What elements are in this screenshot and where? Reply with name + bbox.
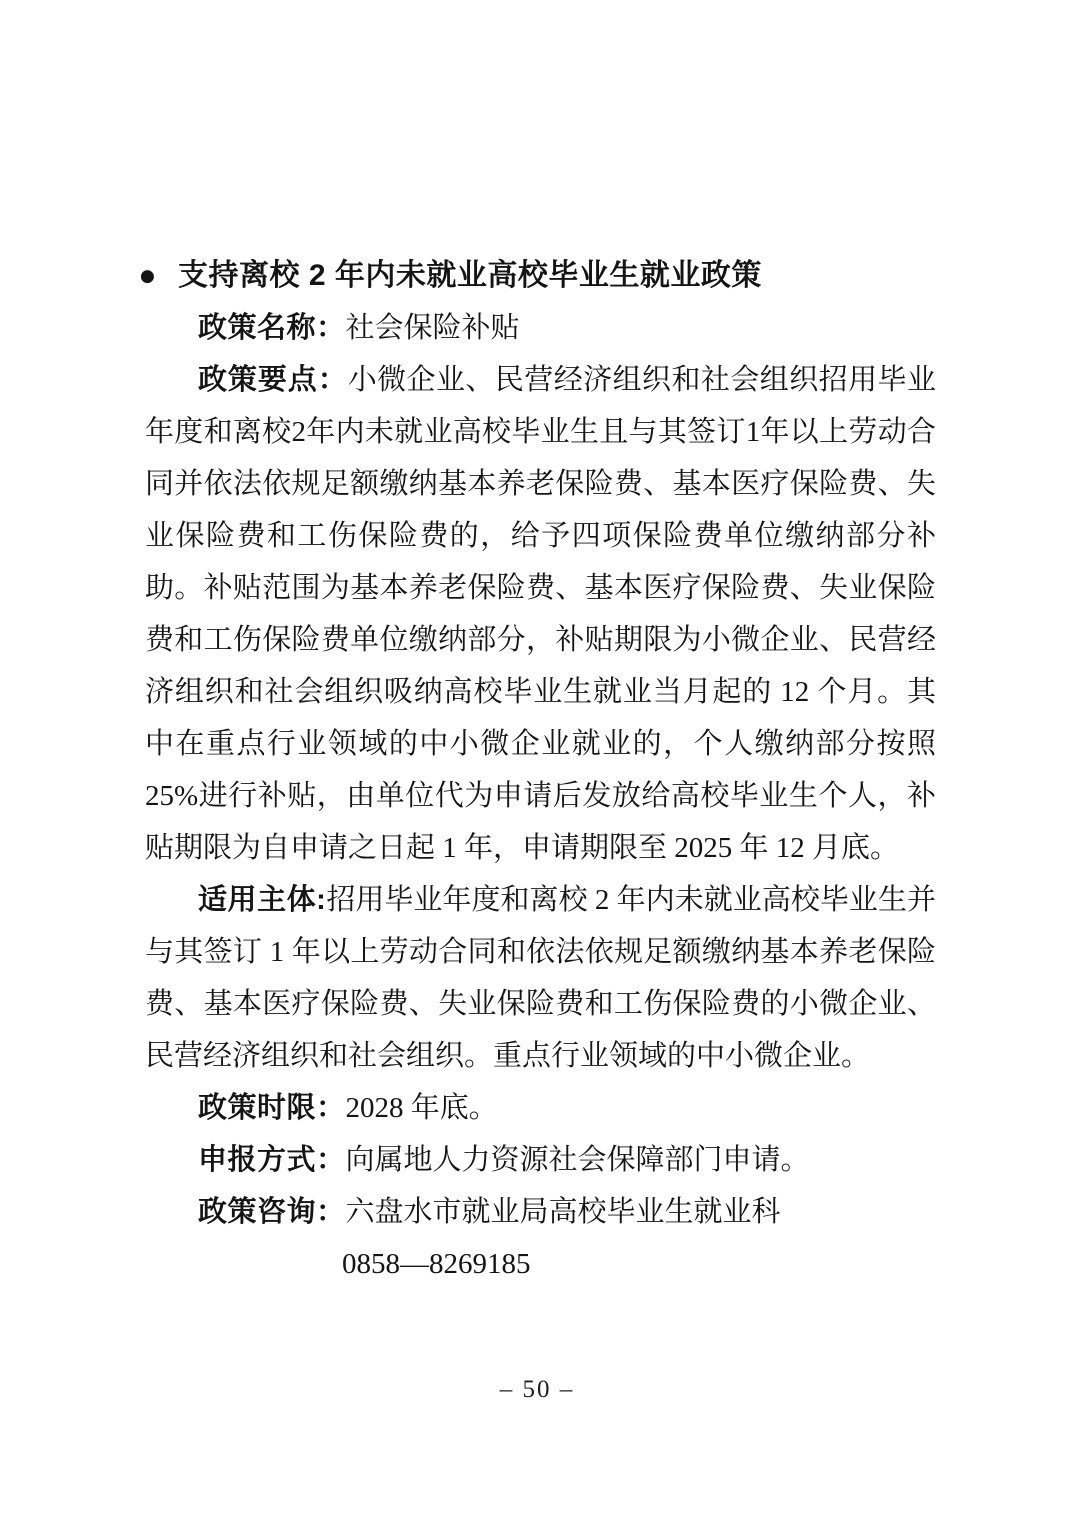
consultation-phone-number: 0858—8269185 xyxy=(145,1238,936,1290)
policy-section-heading: ● 支持离校 2 年内未就业高校毕业生就业政策 xyxy=(145,250,936,302)
bullet-icon: ● xyxy=(140,250,155,302)
policy-consultation-value: 六盘水市就业局高校毕业生就业科 xyxy=(346,1196,781,1228)
document-body: ● 支持离校 2 年内未就业高校毕业生就业政策 政策名称：社会保险补贴 政策要点… xyxy=(145,250,936,1290)
policy-consultation-line: 政策咨询：六盘水市就业局高校毕业生就业科 xyxy=(145,1186,936,1238)
page-number: – 50 – xyxy=(0,1366,1074,1414)
policy-deadline-label: 政策时限： xyxy=(198,1092,346,1124)
policy-deadline-value: 2028 年底。 xyxy=(346,1092,498,1124)
application-method-value: 向属地人力资源社会保障部门申请。 xyxy=(346,1144,810,1176)
application-method-label: 申报方式： xyxy=(198,1144,346,1176)
policy-consultation-label: 政策咨询： xyxy=(198,1196,346,1228)
applicable-entities-label: 适用主体: xyxy=(198,884,326,916)
policy-points-text: 小微企业、民营经济组织和社会组织招用毕业年度和离校2年内未就业高校毕业生且与其签… xyxy=(145,364,936,864)
policy-section-heading-text: 支持离校 2 年内未就业高校毕业生就业政策 xyxy=(178,259,762,292)
document-page: ● 支持离校 2 年内未就业高校毕业生就业政策 政策名称：社会保险补贴 政策要点… xyxy=(0,0,1074,1520)
application-method-line: 申报方式：向属地人力资源社会保障部门申请。 xyxy=(145,1134,936,1186)
policy-name-line: 政策名称：社会保险补贴 xyxy=(145,302,936,354)
policy-name-value: 社会保险补贴 xyxy=(346,312,520,344)
policy-points-label: 政策要点： xyxy=(198,364,348,396)
policy-deadline-line: 政策时限：2028 年底。 xyxy=(145,1082,936,1134)
applicable-entities-paragraph: 适用主体:招用毕业年度和离校 2 年内未就业高校毕业生并与其签订 1 年以上劳动… xyxy=(145,874,936,1082)
policy-points-paragraph: 政策要点：小微企业、民营经济组织和社会组织招用毕业年度和离校2年内未就业高校毕业… xyxy=(145,354,936,874)
policy-name-label: 政策名称： xyxy=(198,312,346,344)
